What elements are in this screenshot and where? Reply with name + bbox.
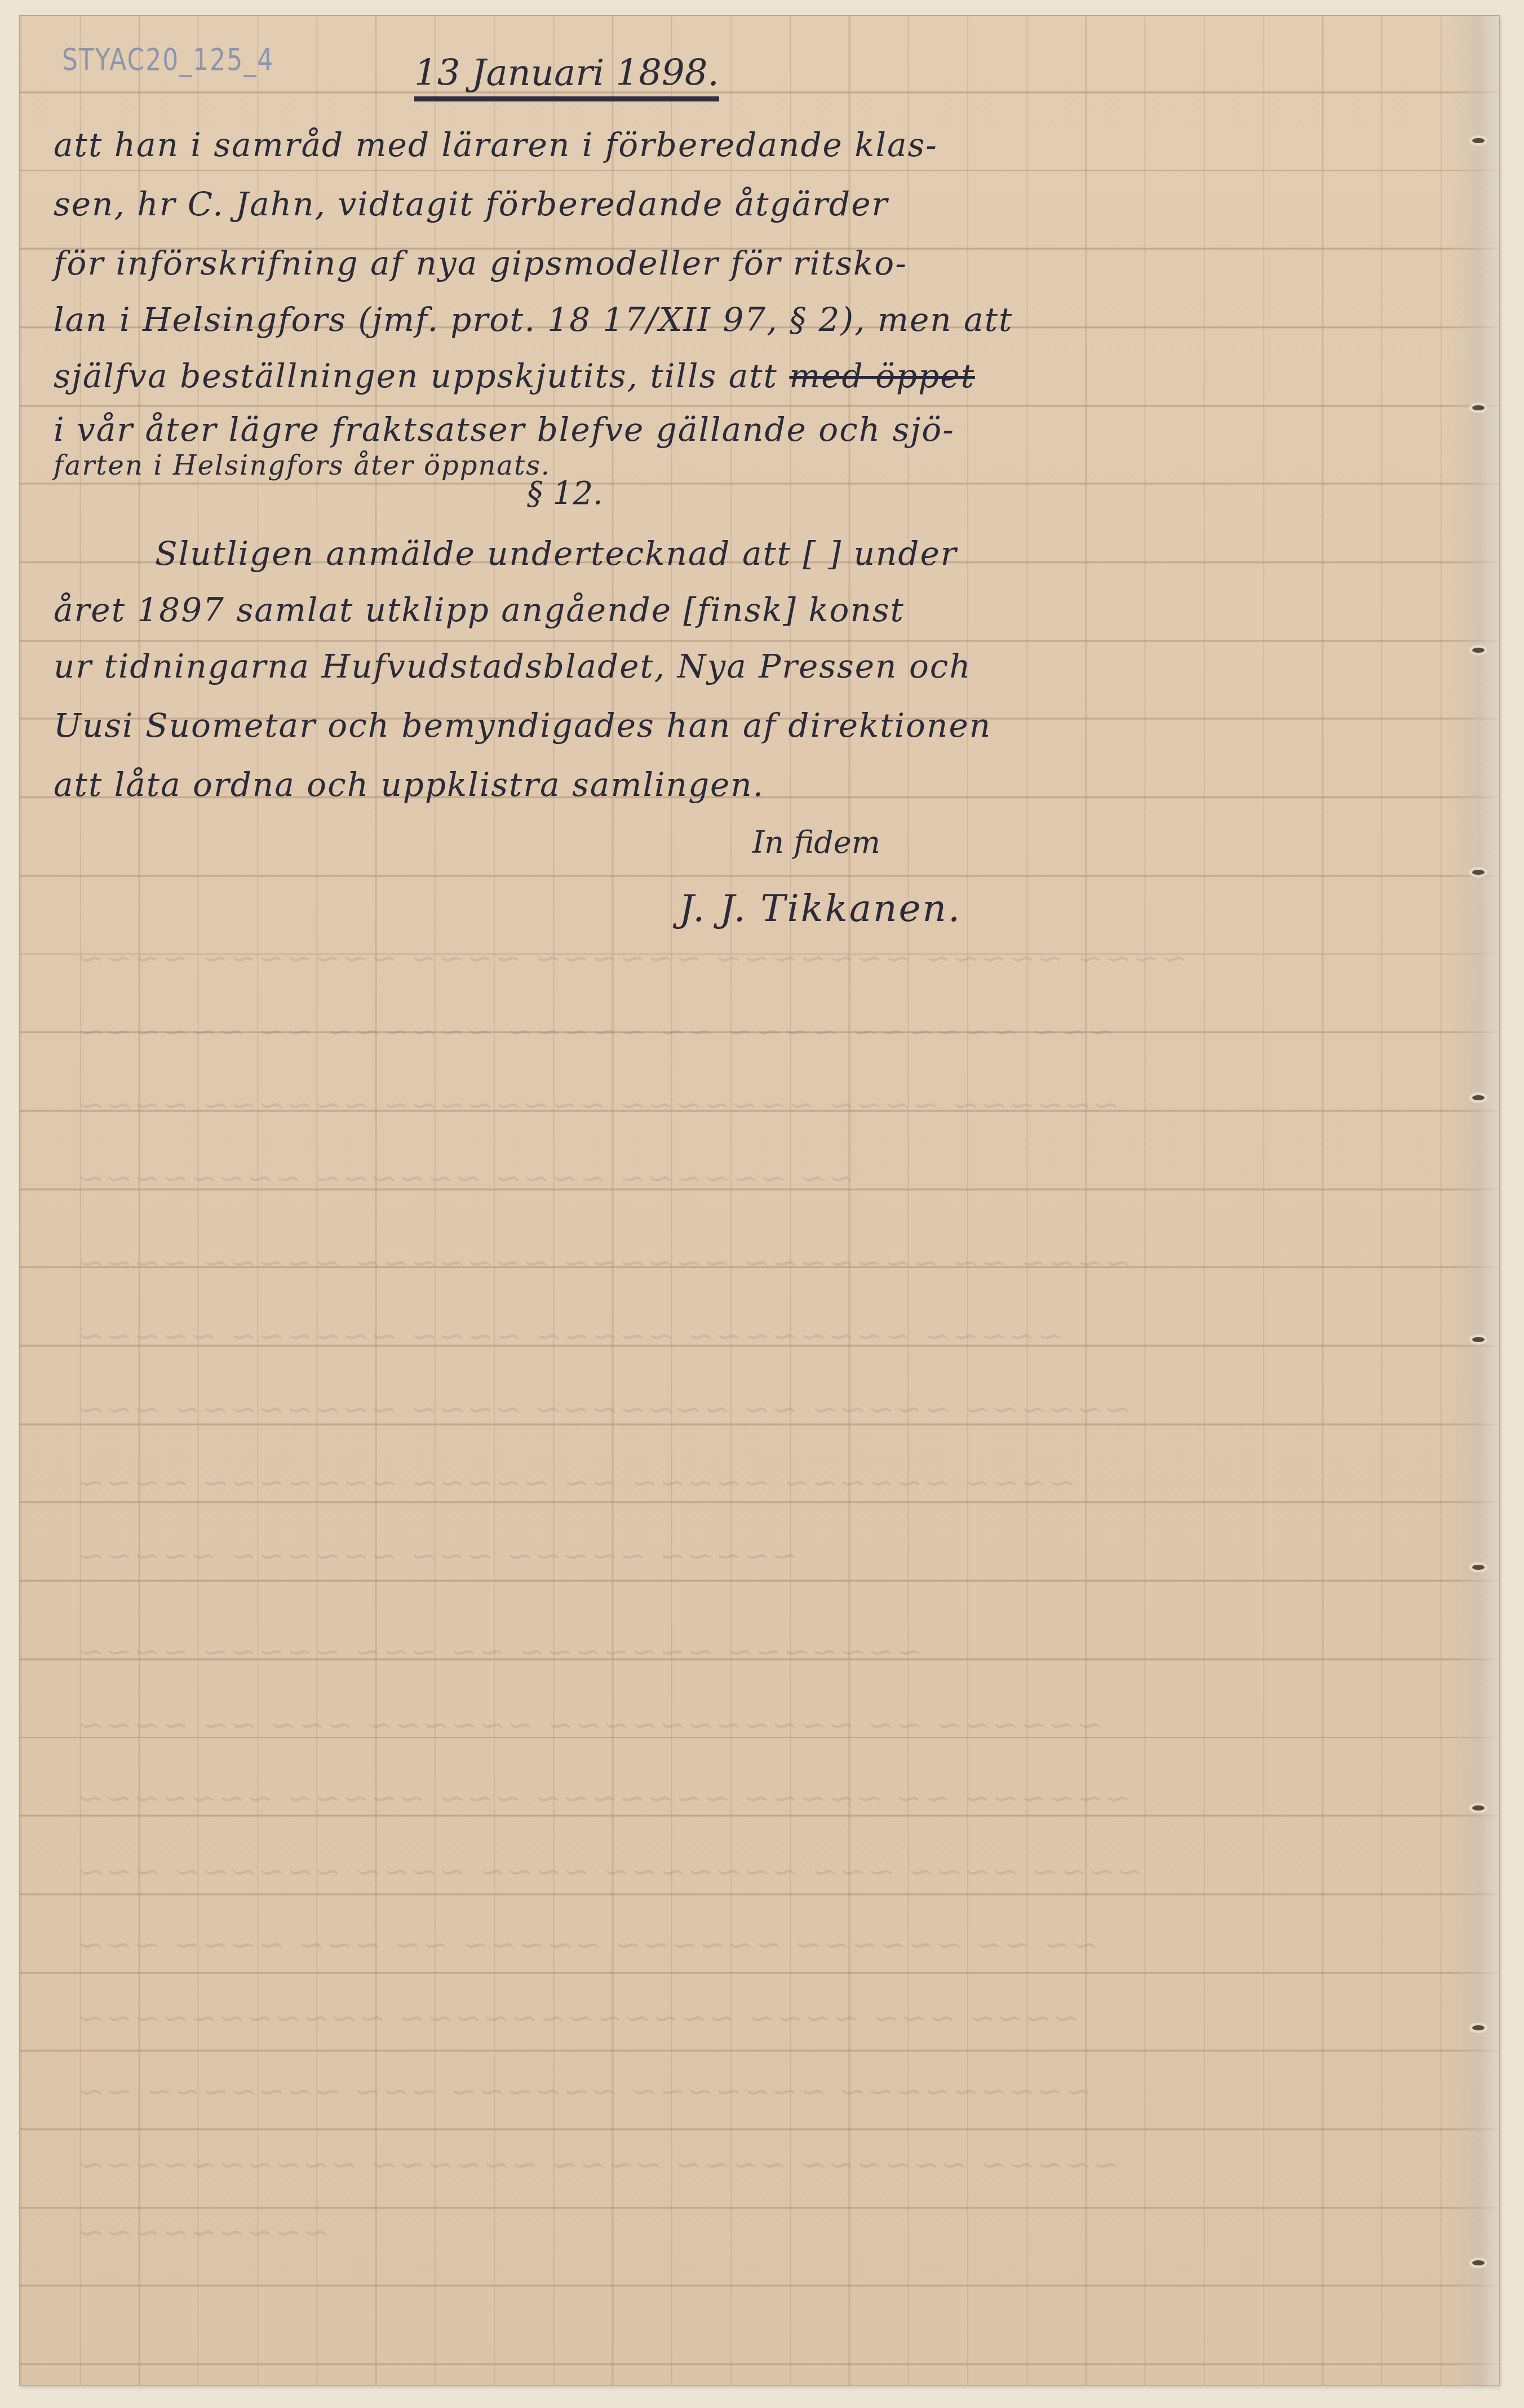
bleed-through-line: ~~~~~ ~~~~~~~~ ~~~~~ ~~~~ ~~~~~~ ~~~~~ xyxy=(76,1318,1063,1354)
paragraph-1-line: farten i Helsingfors åter öppnats. xyxy=(54,450,551,481)
section-mark: § 12. xyxy=(527,475,603,512)
paragraph-1-line: att han i samråd med läraren i förbereda… xyxy=(54,126,938,164)
paragraph-1-line: lan i Helsingfors (jmf. prot. 18 17/XII … xyxy=(54,300,1013,339)
binding-hole xyxy=(1472,1805,1485,1811)
line-text: själfva beställningen uppskjutits, tills… xyxy=(54,357,778,395)
bleed-through-line: ~~~~ ~~~~~ ~~~~~~~ ~~~~~~ ~~~~ ~~~~~~~ ~… xyxy=(76,940,1188,977)
bleed-through-line: ~~~~ ~~ ~~~~~~~ ~~~~~~ ~~~~~~~ ~~~~~ ~~~… xyxy=(76,1245,1131,1281)
binding-hole xyxy=(1472,1565,1485,1570)
bleed-through-line: ~~~~~ ~~~~~ ~~~ ~~~~~~ ~~~~~ xyxy=(76,1538,798,1574)
bleed-through-line: ~~~ ~~~~~~ ~~~~ ~~ ~~~~~ ~~~~~~ ~~ ~~~~~… xyxy=(76,1013,1115,1050)
paragraph-1-line: i vår åter lägre fraktsatser blefve gäll… xyxy=(54,410,955,449)
binding-hole xyxy=(1472,405,1485,410)
archive-reference-id: STYAC20_125_4 xyxy=(62,43,274,77)
paragraph-2-line: att låta ordna och uppklistra samlingen. xyxy=(54,765,764,804)
paragraph-1-line: sen, hr C. Jahn, vidtagit förberedande å… xyxy=(54,185,888,223)
bleed-through-line: ~~ ~~ ~~~~~~ ~~~~~~ ~~~~~ ~~ ~~~ ~~~~ ~~… xyxy=(76,1927,1098,1963)
date-heading: 13 Januari 1898. xyxy=(414,52,719,101)
paragraph-2-line: Uusi Suometar och bemyndigades han af di… xyxy=(54,706,991,745)
bleed-through-line: ~~~~~~~~~ xyxy=(76,2214,329,2251)
binding-hole xyxy=(1472,2260,1485,2265)
bleed-through-line: ~~~~~~ ~~ ~~~~~ ~~~~~~~ ~~~ ~~~~~ ~~~~~~… xyxy=(76,1780,1131,1817)
paragraph-1-line: för införskrifning af nya gipsmodeller f… xyxy=(54,244,907,282)
paragraph-2-line: Slutligen anmälde undertecknad att [ ] u… xyxy=(155,534,958,573)
paragraph-2-line: ur tidningarna Hufvudstadsbladet, Nya Pr… xyxy=(54,647,972,685)
bleed-through-line: ~~~~~~~ ~~~~~~~ ~~ ~~~ ~~~~~ ~~~~ xyxy=(76,1634,923,1670)
in-fidem-attestation: In fidem xyxy=(752,825,880,860)
bleed-through-line: ~~~~~~ ~~~~~ ~~ ~~~~~~~ ~~~~ ~~~~~~~~ ~~… xyxy=(76,1391,1131,1428)
bleed-through-line: ~~~~ ~~~~~~ ~~~~~ ~~ ~~~~~ ~~~~~~~ ~~~~ xyxy=(76,1464,1075,1501)
bleed-through-line: ~~~~~~ ~~~~ ~~~~~~~ ~~~~~~~~ ~~~~~~ ~~~~ xyxy=(76,1087,1119,1123)
binding-hole xyxy=(1472,138,1485,143)
binding-hole xyxy=(1472,1095,1485,1100)
bleed-through-line: ~~ ~~~~~~ ~~~~ ~~~~~~ ~~~~~~~~ xyxy=(76,1160,854,1197)
binding-hole xyxy=(1472,648,1485,653)
paper-edge-shade xyxy=(1448,16,1499,2385)
struck-through-text: med öppet xyxy=(789,357,975,395)
paragraph-1-line: själfva beställningen uppskjutits, tills… xyxy=(54,357,975,395)
bleed-through-line: ~~~~~~~~~ ~~~~~~~ ~~~~~~ ~~~ ~~~~~~~ ~~ xyxy=(76,2073,1091,2110)
bleed-through-line: ~~~~~ ~~~~~~ ~~~~ ~~~~ ~~~~~~ ~~~~~~~~~~ xyxy=(76,2146,1119,2183)
bleed-through-line: ~~~~ ~~~~ ~~~ ~~~~~~~ ~~~~ ~~~~ ~~~~~~ ~… xyxy=(76,1853,1143,1890)
binding-hole xyxy=(1472,1337,1485,1342)
manuscript-page: ~~~~ ~~~~~ ~~~~~~~ ~~~~~~ ~~~~ ~~~~~~~ ~… xyxy=(20,16,1499,2385)
binding-hole xyxy=(1472,870,1485,875)
bleed-through-line: ~~~~~~ ~~ ~~~~~~~~~~~ ~~~~~~ ~~~ ~~ ~~~~ xyxy=(76,1707,1103,1743)
bleed-through-line: ~~~~ ~~~ ~~~~ ~~~~~~~~~~~~ ~~~~~~~~~~~ xyxy=(76,2000,1080,2037)
binding-hole xyxy=(1472,2025,1485,2030)
signature: J. J. Tikkanen. xyxy=(679,887,962,930)
paragraph-2-line: året 1897 samlat utklipp angående [finsk… xyxy=(54,591,905,629)
